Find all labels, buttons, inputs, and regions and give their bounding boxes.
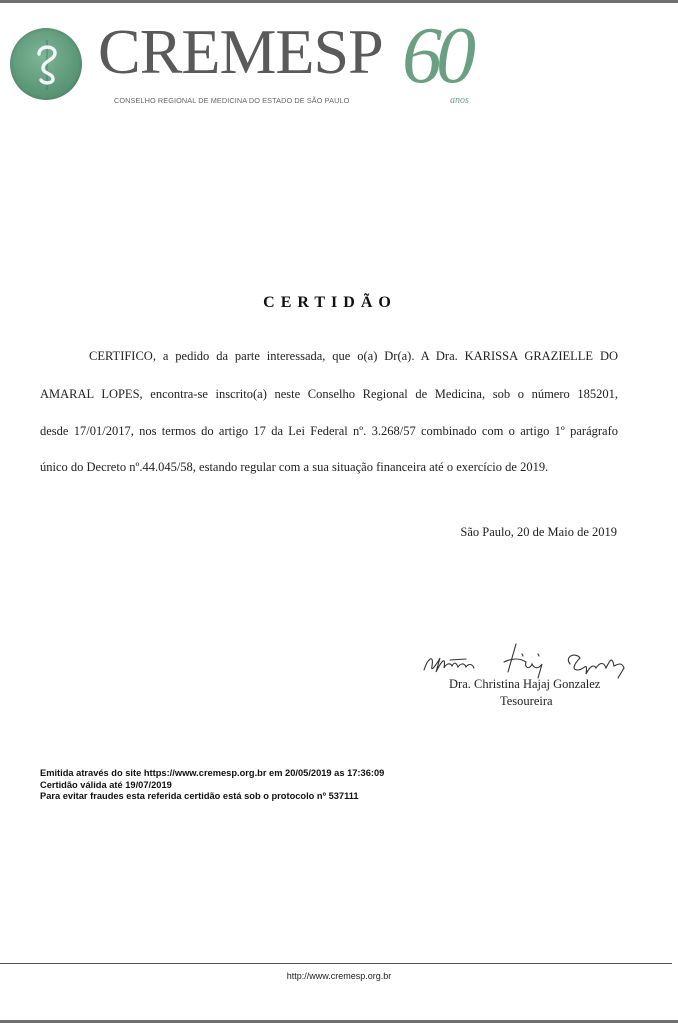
logo-wordmark: CREMESP: [98, 20, 383, 84]
top-border: [0, 0, 678, 3]
signer-name: Dra. Christina Hajaj Gonzalez: [449, 677, 600, 692]
issuance-info: Emitida através do site https://www.crem…: [40, 768, 384, 803]
body-line: único do Decreto nº.44.045/58, estando r…: [40, 460, 548, 475]
caduceus-serpent-icon: [10, 28, 82, 100]
document-title: CERTIDÃO: [0, 294, 660, 312]
validity-line: Certidão válida até 19/07/2019: [40, 780, 384, 792]
signer-role: Tesoureira: [500, 694, 553, 709]
place-date: São Paulo, 20 de Maio de 2019: [460, 525, 617, 540]
logo-subtitle: CONSELHO REGIONAL DE MEDICINA DO ESTADO …: [114, 96, 349, 105]
footer-divider: [0, 963, 672, 964]
issuance-line: Emitida através do site https://www.crem…: [40, 768, 384, 780]
protocol-line: Para evitar fraudes esta referida certid…: [40, 791, 384, 803]
body-line: desde 17/01/2017, nos termos do artigo 1…: [40, 424, 618, 439]
anniversary-number: 60: [402, 16, 470, 96]
body-line: AMARAL LOPES, encontra-se inscrito(a) ne…: [40, 387, 618, 402]
cremesp-logo: CREMESP CONSELHO REGIONAL DE MEDICINA DO…: [10, 28, 500, 110]
anniversary-label: anos: [450, 95, 469, 106]
body-line: CERTIFICO, a pedido da parte interessada…: [89, 349, 618, 364]
footer-url: http://www.cremesp.org.br: [0, 971, 678, 981]
